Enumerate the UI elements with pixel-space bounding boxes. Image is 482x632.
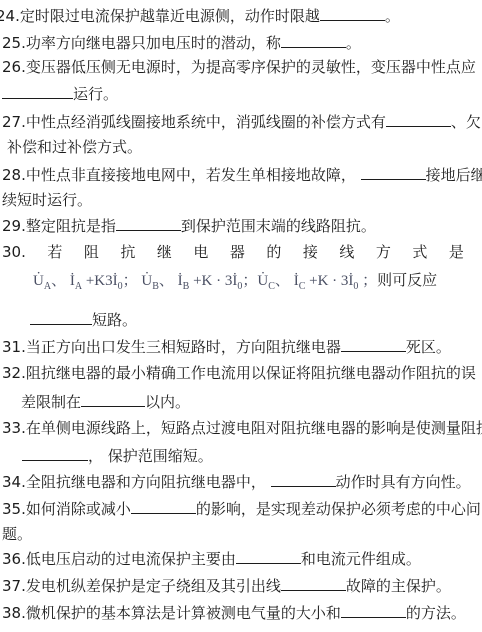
text-line: 题。: [2, 525, 32, 543]
answer-blank: [281, 33, 346, 48]
question-text: 25.功率方向继电器只加电压时的潜动，称: [2, 34, 281, 52]
question-text: 37.发电机纵差保护是定子绕组及其引出线: [2, 577, 281, 595]
formula-token: 、: [51, 273, 70, 289]
text-line: 28.中性点非直接接地电网中，若发生单相接地故障， 接地后继: [2, 165, 482, 184]
question-text: 28.中性点非直接接地电网中，若发生单相接地故障，: [2, 166, 361, 184]
justified-char: 若: [47, 243, 62, 261]
justified-char: 电: [193, 243, 208, 261]
text-line: 26.变压器低压侧无电源时，为提高零序保护的灵敏性，变压器中性点应: [2, 58, 476, 76]
formula-token: +K3: [82, 273, 113, 289]
question-text: 故障的主保护。: [346, 577, 451, 595]
question-text: 的方法。: [406, 604, 466, 622]
justified-char: 抗: [120, 243, 135, 261]
question-text: 27.中性点经消弧线圈接地系统中，消弧线圈的补偿方式有: [2, 113, 386, 131]
text-line: 短路。: [30, 310, 137, 329]
formula-token: ；: [358, 273, 377, 289]
text-line: 差限制在以内。: [21, 392, 190, 411]
answer-blank: [341, 603, 406, 618]
formula-subscript: B: [152, 281, 159, 292]
question-text: 38.微机保护的基本算法是计算被测电气量的大小和: [2, 604, 341, 622]
justified-char: 接: [303, 243, 318, 261]
text-line: 38.微机保护的基本算法是计算被测电气量的大小和的方法。: [2, 603, 466, 622]
text-line: 31.当正方向出口发生三相短路时，方向阻抗继电器死区。: [2, 337, 451, 356]
text-line: 运行。: [2, 84, 118, 103]
text-line: 24.定时限过电流保护越靠近电源侧，动作时限越。: [0, 6, 400, 25]
question-text: 31.当正方向出口发生三相短路时，方向阻抗继电器: [2, 338, 341, 356]
text-line: 29.整定阻抗是指到保护范围末端的线路阻抗。: [2, 216, 376, 235]
question-text: 34.全阻抗继电器和方向阻抗继电器中，: [2, 473, 271, 491]
answer-blank: [361, 165, 426, 180]
question-text: 续短时运行。: [2, 191, 92, 209]
question-text: 的影响，是实现差动保护必须考虑的中心问: [196, 500, 481, 518]
text-line: 35.如何消除或减小的影响，是实现差动保护必须考虑的中心问: [2, 499, 481, 518]
question-text: 到保护范围末端的线路阻抗。: [181, 217, 376, 235]
text-line: 34.全阻抗继电器和方向阻抗继电器中， 动作时具有方向性。: [2, 472, 471, 491]
question-text: 。: [346, 34, 361, 52]
answer-blank: [131, 499, 196, 514]
document-page: 24.定时限过电流保护越靠近电源侧，动作时限越。25.功率方向继电器只加电压时的…: [0, 0, 482, 632]
answer-blank: [30, 310, 92, 325]
question-text: 。: [385, 7, 400, 25]
formula-token: 、: [159, 273, 178, 289]
text-line: 补偿和过补偿方式。: [7, 138, 142, 156]
question-text: 短路。: [92, 311, 137, 329]
text-line: 33.在单侧电源线路上，短路点过渡电阻对阻抗继电器的影响是使测量阻抗: [2, 419, 482, 437]
impedance-formula-line: U̇A、 İA +K3İ0； U̇B、 İB +K · 3İ0；U̇C、 İC …: [33, 271, 437, 296]
answer-blank: [116, 216, 181, 231]
justified-char: 继: [157, 243, 172, 261]
question-text: 接地后继: [426, 166, 482, 184]
text-line: 37.发电机纵差保护是定子绕组及其引出线故障的主保护。: [2, 576, 451, 595]
text-line: 27.中性点经消弧线圈接地系统中，消弧线圈的补偿方式有、欠: [2, 112, 481, 131]
answer-blank: [2, 84, 73, 99]
question-text: 24.定时限过电流保护越靠近电源侧，动作时限越: [0, 7, 320, 25]
question-text: 补偿和过补偿方式。: [7, 138, 142, 156]
formula-token: U̇: [141, 273, 152, 289]
justified-char: 是: [449, 243, 464, 261]
justified-char: 阻: [84, 243, 99, 261]
text-line: 25.功率方向继电器只加电压时的潜动，称。: [2, 33, 361, 52]
question-text: 题。: [2, 525, 32, 543]
formula-subscript: A: [75, 281, 82, 292]
text-line: 32.阻抗继电器的最小精确工作电流用以保证将阻抗继电器动作阻抗的误: [2, 364, 476, 382]
justified-char: 方: [376, 243, 391, 261]
justified-char: 器: [230, 243, 245, 261]
formula-token: ；: [123, 273, 142, 289]
answer-blank: [386, 112, 451, 127]
question-text: 33.在单侧电源线路上，短路点过渡电阻对阻抗继电器的影响是使测量阻抗: [2, 419, 482, 437]
formula-token: U̇: [257, 273, 268, 289]
question-number: 30.: [2, 243, 26, 261]
formula-token: ；: [242, 273, 257, 289]
formula-tail-text: 则可反应: [377, 271, 437, 289]
formula-token: +K · 3: [305, 273, 348, 289]
question-text: 死区。: [406, 338, 451, 356]
question-text: 运行。: [73, 85, 118, 103]
answer-blank: [271, 472, 336, 487]
question-text: 以内。: [145, 393, 190, 411]
formula-subscript: C: [268, 281, 275, 292]
question-text: 动作时具有方向性。: [336, 473, 471, 491]
question-text: 35.如何消除或减小: [2, 500, 131, 518]
answer-blank: [22, 446, 88, 461]
formula-token: +K · 3: [189, 273, 232, 289]
question-text: 和电流元件组成。: [301, 550, 421, 568]
formula-token: U̇: [33, 273, 44, 289]
justified-char: 线: [339, 243, 354, 261]
justified-char: 式: [412, 243, 427, 261]
question-text: 差限制在: [21, 393, 81, 411]
question-text: 26.变压器低压侧无电源时，为提高零序保护的灵敏性，变压器中性点应: [2, 58, 476, 76]
answer-blank: [341, 337, 406, 352]
text-line: 30.若阻抗继电器的接线方式是: [2, 243, 464, 261]
text-line: 续短时运行。: [2, 191, 92, 209]
text-line: ， 保护范围缩短。: [22, 446, 213, 465]
answer-blank: [320, 6, 385, 21]
formula-subscript: A: [44, 281, 51, 292]
answer-blank: [81, 392, 145, 407]
answer-blank: [281, 576, 346, 591]
question-text: ， 保护范围缩短。: [88, 447, 213, 465]
question-text: 36.低电压启动的过电流保护主要由: [2, 550, 236, 568]
justified-char: 的: [266, 243, 281, 261]
answer-blank: [236, 549, 301, 564]
question-text: 29.整定阻抗是指: [2, 217, 116, 235]
text-line: 36.低电压启动的过电流保护主要由和电流元件组成。: [2, 549, 421, 568]
formula-token: 、: [275, 273, 294, 289]
question-text: 、欠: [451, 113, 481, 131]
question-text: 32.阻抗继电器的最小精确工作电流用以保证将阻抗继电器动作阻抗的误: [2, 364, 476, 382]
